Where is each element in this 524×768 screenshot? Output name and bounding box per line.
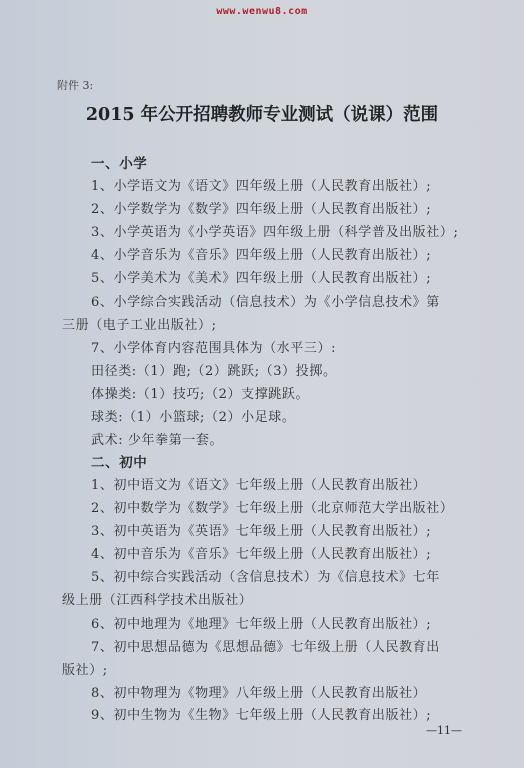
list-item: 体操类:（1）技巧;（2）支撑跳跃。 <box>91 383 309 402</box>
list-item: 5、初中综合实践活动（含信息技术）为《信息技术》七年 <box>91 566 440 585</box>
list-item: 3、初中英语为《英语》七年级上册（人民教育出版社）; <box>91 520 431 539</box>
list-item: 武术: 少年拳第一套。 <box>91 429 223 448</box>
list-item: 3、小学英语为《小学英语》四年级上册（科学普及出版社）; <box>91 221 458 240</box>
list-item: 2、小学数学为《数学》四年级上册（人民教育出版社）; <box>91 198 431 217</box>
list-item: 7、小学体育内容范围具体为（水平三）: <box>91 337 336 356</box>
watermark: www.wenwu8.com <box>0 6 524 17</box>
list-item: 6、初中地理为《地理》七年级上册（人民教育出版社）; <box>91 613 431 632</box>
list-item: 4、小学音乐为《音乐》四年级上册（人民教育出版社）; <box>91 244 431 263</box>
list-item-continuation: 版社）; <box>62 659 108 678</box>
list-item: 8、初中物理为《物理》八年级上册（人民教育出版社） <box>91 682 426 701</box>
document-title: 2015 年公开招聘教师专业测试（说课）范围 <box>0 101 524 126</box>
list-item: 球类:（1）小篮球;（2）小足球。 <box>91 406 296 425</box>
list-item-continuation: 三册（电子工业出版社）; <box>62 314 217 333</box>
section-heading-junior: 二、初中 <box>91 451 147 471</box>
list-item: 4、初中音乐为《音乐》七年级上册（人民教育出版社）; <box>91 543 431 562</box>
attachment-label: 附件 3: <box>57 77 93 93</box>
page-number: —11— <box>426 724 462 737</box>
list-item: 1、初中语文为《语文》七年级上册（人民教育出版社） <box>91 474 426 493</box>
list-item: 5、小学美术为《美术》四年级上册（人民教育出版社）; <box>91 267 431 286</box>
list-item: 2、初中数学为《数学》七年级上册（北京师范大学出版社） <box>91 497 453 516</box>
list-item-continuation: 级上册（江西科学技术出版社） <box>62 589 252 608</box>
list-item: 9、初中生物为《生物》七年级上册（人民教育出版社）; <box>91 704 431 723</box>
list-item: 田径类:（1）跑;（2）跳跃;（3）投掷。 <box>91 360 337 379</box>
section-heading-primary: 一、小学 <box>91 152 147 172</box>
list-item: 7、初中思想品德为《思想品德》七年级上册（人民教育出 <box>91 636 440 655</box>
list-item: 6、小学综合实践活动（信息技术）为《小学信息技术》第 <box>91 291 440 310</box>
list-item: 1、小学语文为《语文》四年级上册（人民教育出版社）; <box>91 175 431 194</box>
